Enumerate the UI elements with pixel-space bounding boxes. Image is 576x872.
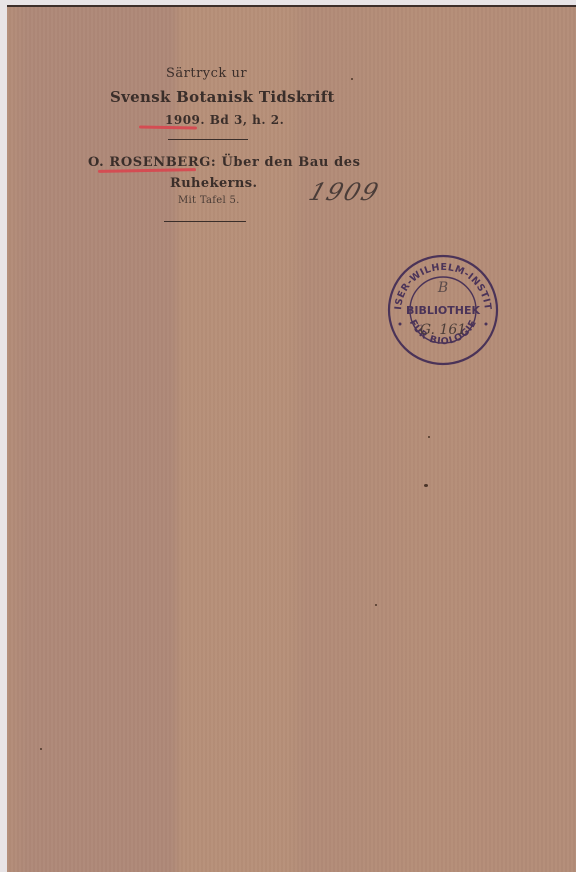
offprint-cover: [7, 5, 576, 872]
svg-text:G. 161: G. 161: [420, 322, 466, 338]
paper-speck: [424, 484, 428, 487]
scanned-document: Särtryck ur Svensk Botanisk Tidskrift 19…: [0, 0, 576, 872]
svg-text:B: B: [437, 280, 448, 296]
author-name: O. ROSENBERG:: [88, 155, 216, 170]
paper-speck: [428, 436, 430, 438]
volume-info: 1909. Bd 3, h. 2.: [165, 113, 284, 127]
article-title-part1: Über den Bau des: [221, 155, 360, 170]
handwritten-year: 1909: [305, 178, 383, 206]
journal-title: Svensk Botanisk Tidskrift: [110, 88, 335, 106]
library-stamp-icon: KAISER-WILHELM-INSTITUT FÜR BIOLOGIE B B…: [387, 254, 499, 366]
svg-text:BIBLIOTHEK: BIBLIOTHEK: [406, 304, 481, 317]
paper-speck: [40, 748, 42, 750]
divider-rule: [164, 221, 246, 222]
author-title-line: O. ROSENBERG: Über den Bau des: [88, 155, 361, 170]
offprint-label: Särtryck ur: [166, 66, 247, 81]
article-title-part2: Ruhekerns.: [170, 176, 257, 191]
paper-speck: [351, 78, 353, 80]
divider-rule: [168, 139, 248, 140]
plate-note: Mit Tafel 5.: [178, 195, 240, 206]
paper-speck: [375, 604, 377, 606]
